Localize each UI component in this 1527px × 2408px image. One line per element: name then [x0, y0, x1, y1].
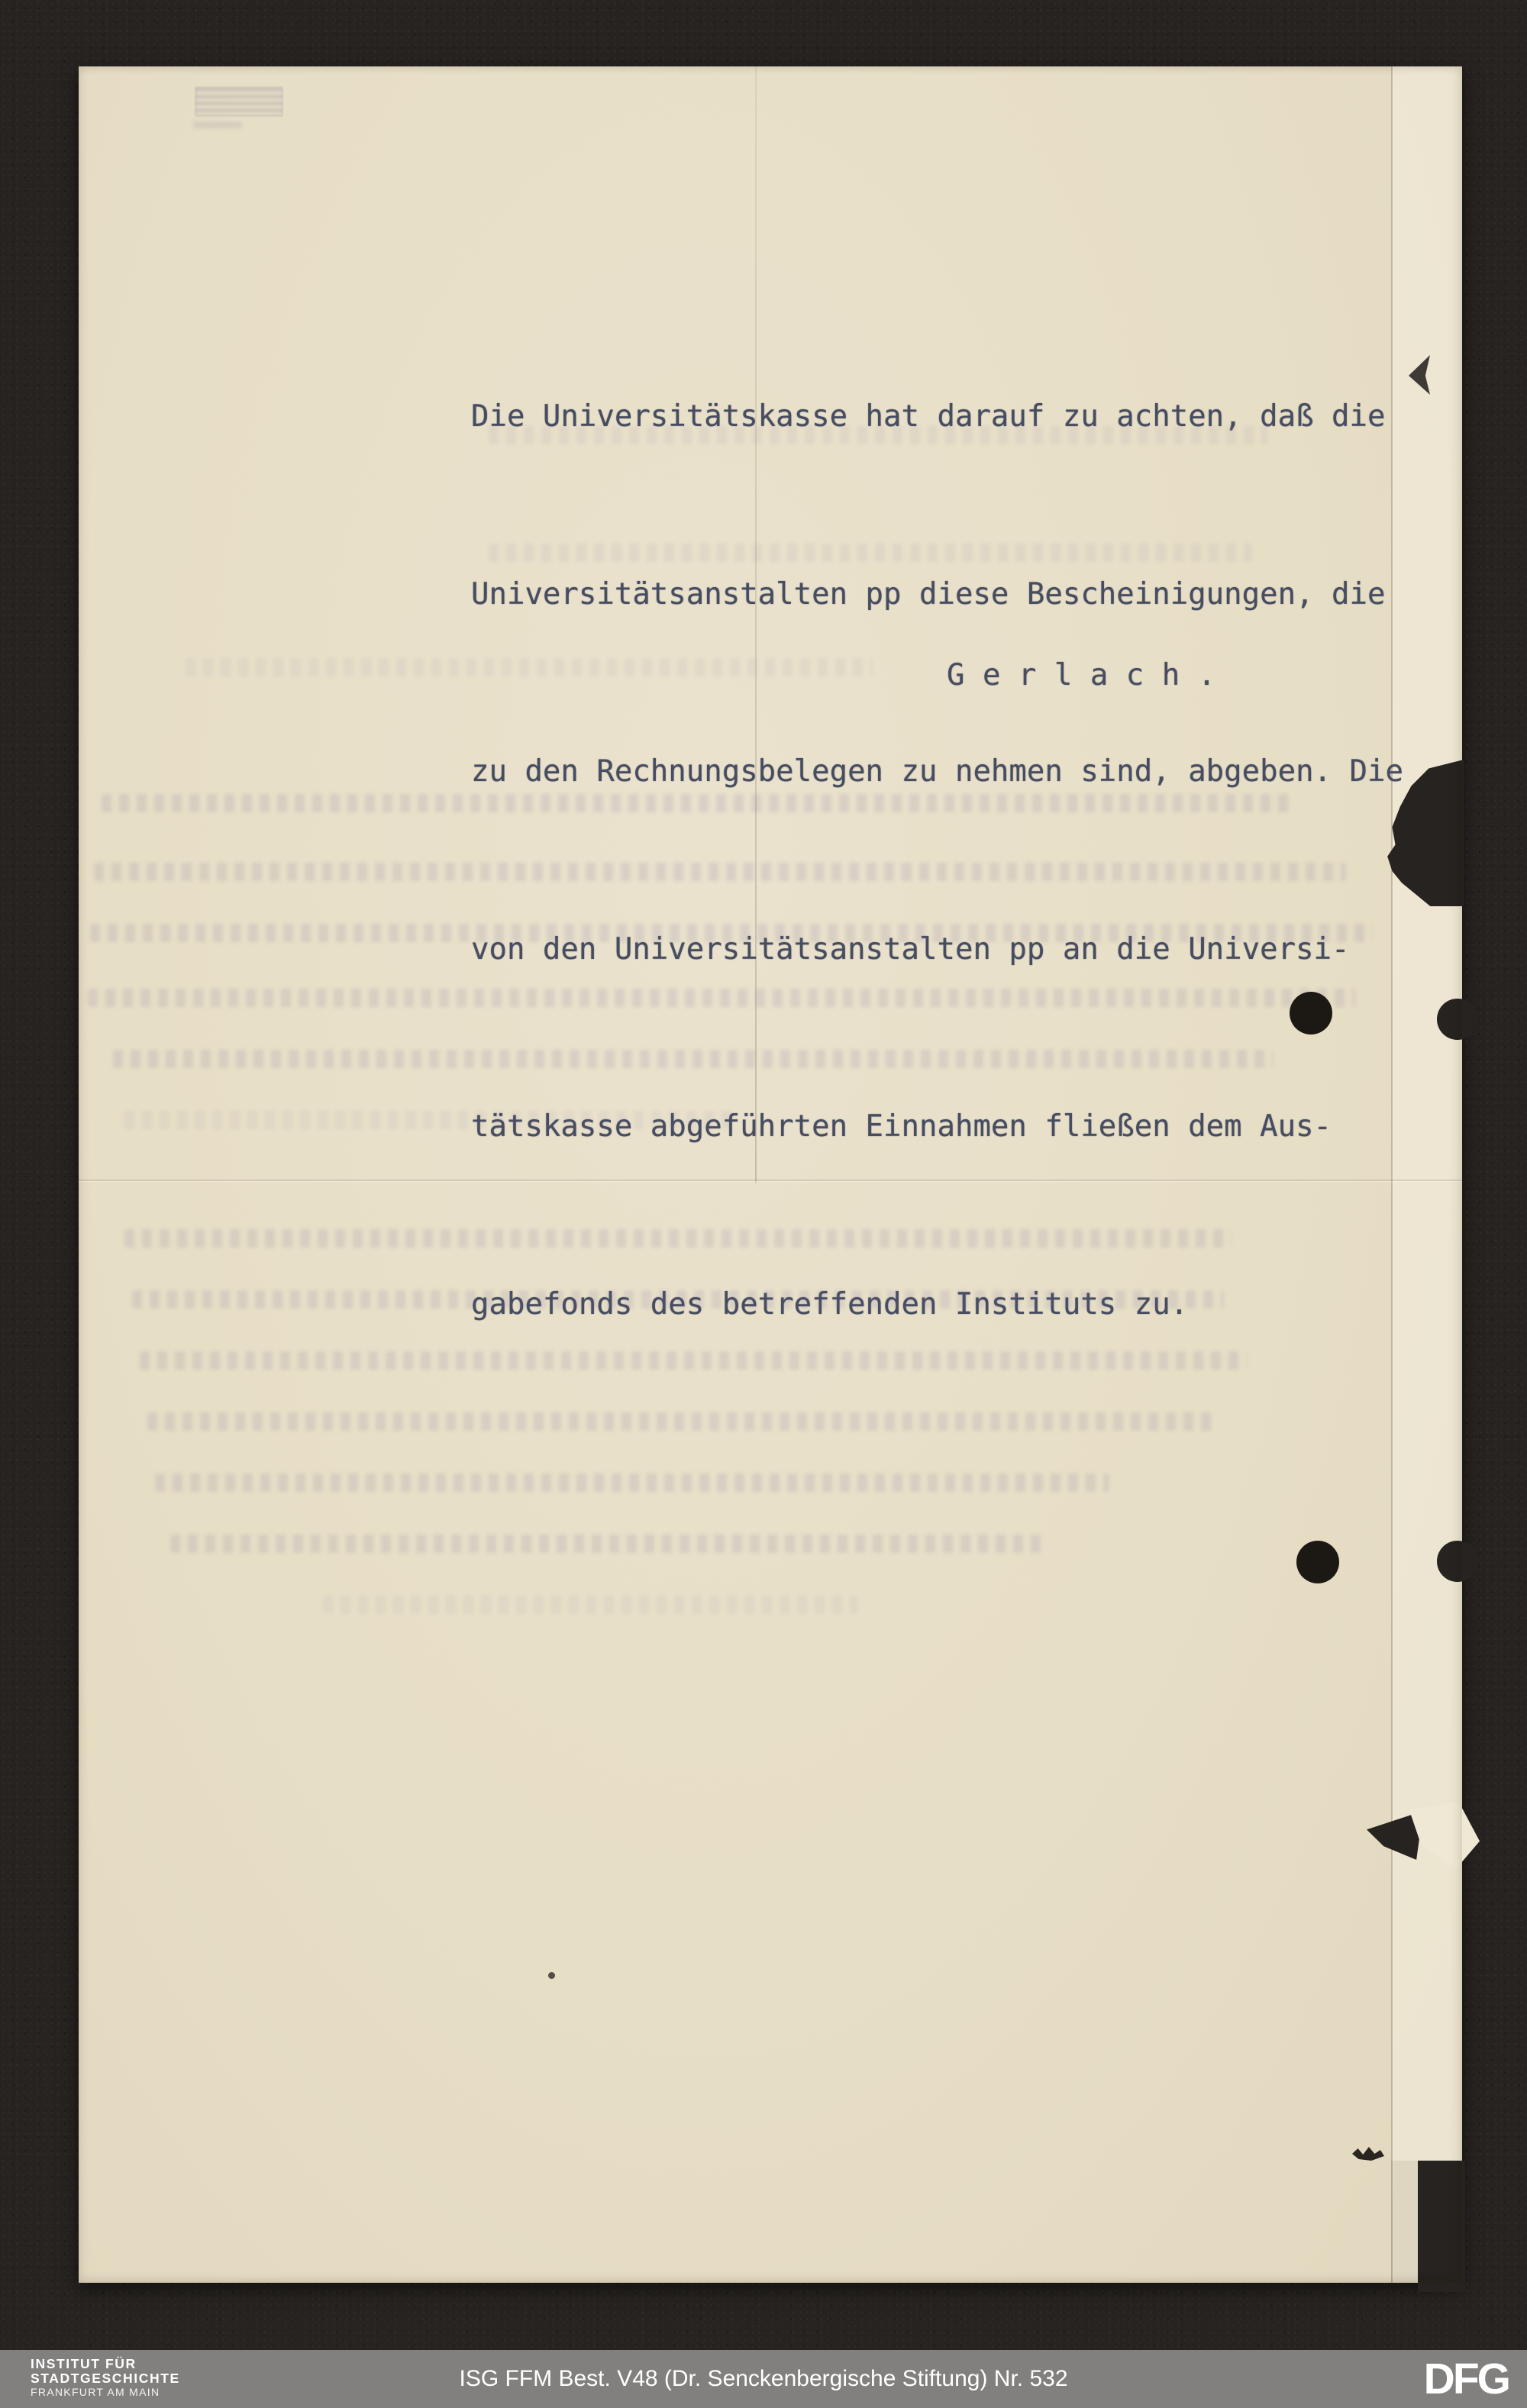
document-page: Die Universitätskasse hat darauf zu acht…: [79, 66, 1462, 2283]
dfg-logo: DFG: [1424, 2354, 1509, 2404]
archive-footer-bar: INSTITUT FÜR STADTGESCHICHTE FRANKFURT A…: [0, 2350, 1527, 2408]
bleedthrough-line: [124, 1229, 1232, 1248]
bleedthrough-line: [170, 1535, 1048, 1553]
bleedthrough-line: [113, 1050, 1274, 1068]
bleedthrough-line: [102, 794, 1293, 812]
letter-line: Universitätsanstalten pp diese Bescheini…: [471, 565, 1464, 625]
letter-body: Die Universitätskasse hat darauf zu acht…: [471, 269, 1464, 1452]
bleedthrough-line: [147, 1412, 1216, 1431]
edge-tear-mark: [1352, 2145, 1384, 2161]
faded-archive-stamp: [195, 87, 282, 116]
letter-line: zu den Rechnungsbelegen zu nehmen sind, …: [471, 742, 1464, 802]
isg-logo-line: STADTGESCHICHTE: [31, 2371, 180, 2386]
bleedthrough-line: [90, 924, 1373, 942]
corner-shading: [1391, 2161, 1419, 2283]
isg-logo: INSTITUT FÜR STADTGESCHICHTE FRANKFURT A…: [31, 2357, 180, 2399]
punch-hole: [1296, 1541, 1339, 1583]
stamp-smudge: [193, 121, 242, 128]
edge-punch-notch: [1437, 999, 1478, 1040]
isg-logo-line: FRANKFURT AM MAIN: [31, 2386, 180, 2399]
punch-hole: [1290, 992, 1332, 1035]
isg-logo-line: INSTITUT FÜR: [31, 2357, 180, 2371]
signature: G e r l a c h .: [947, 658, 1215, 692]
bleedthrough-line: [489, 426, 1267, 444]
bleedthrough-line: [132, 1290, 1224, 1309]
torn-bottom-right-corner: [1418, 2161, 1465, 2292]
bleedthrough-line: [489, 544, 1252, 562]
edge-punch-notch: [1437, 1541, 1478, 1582]
bleedthrough-line: [94, 863, 1346, 881]
bleedthrough-line: [323, 1596, 857, 1614]
ink-speck: [548, 1972, 555, 1979]
archive-reference-caption: ISG FFM Best. V48 (Dr. Senckenbergische …: [459, 2366, 1067, 2392]
bleedthrough-line: [88, 989, 1355, 1007]
bleedthrough-line: [124, 1111, 735, 1129]
bleedthrough-line: [186, 658, 873, 676]
bleedthrough-line: [140, 1351, 1247, 1370]
bleedthrough-line: [155, 1474, 1109, 1492]
